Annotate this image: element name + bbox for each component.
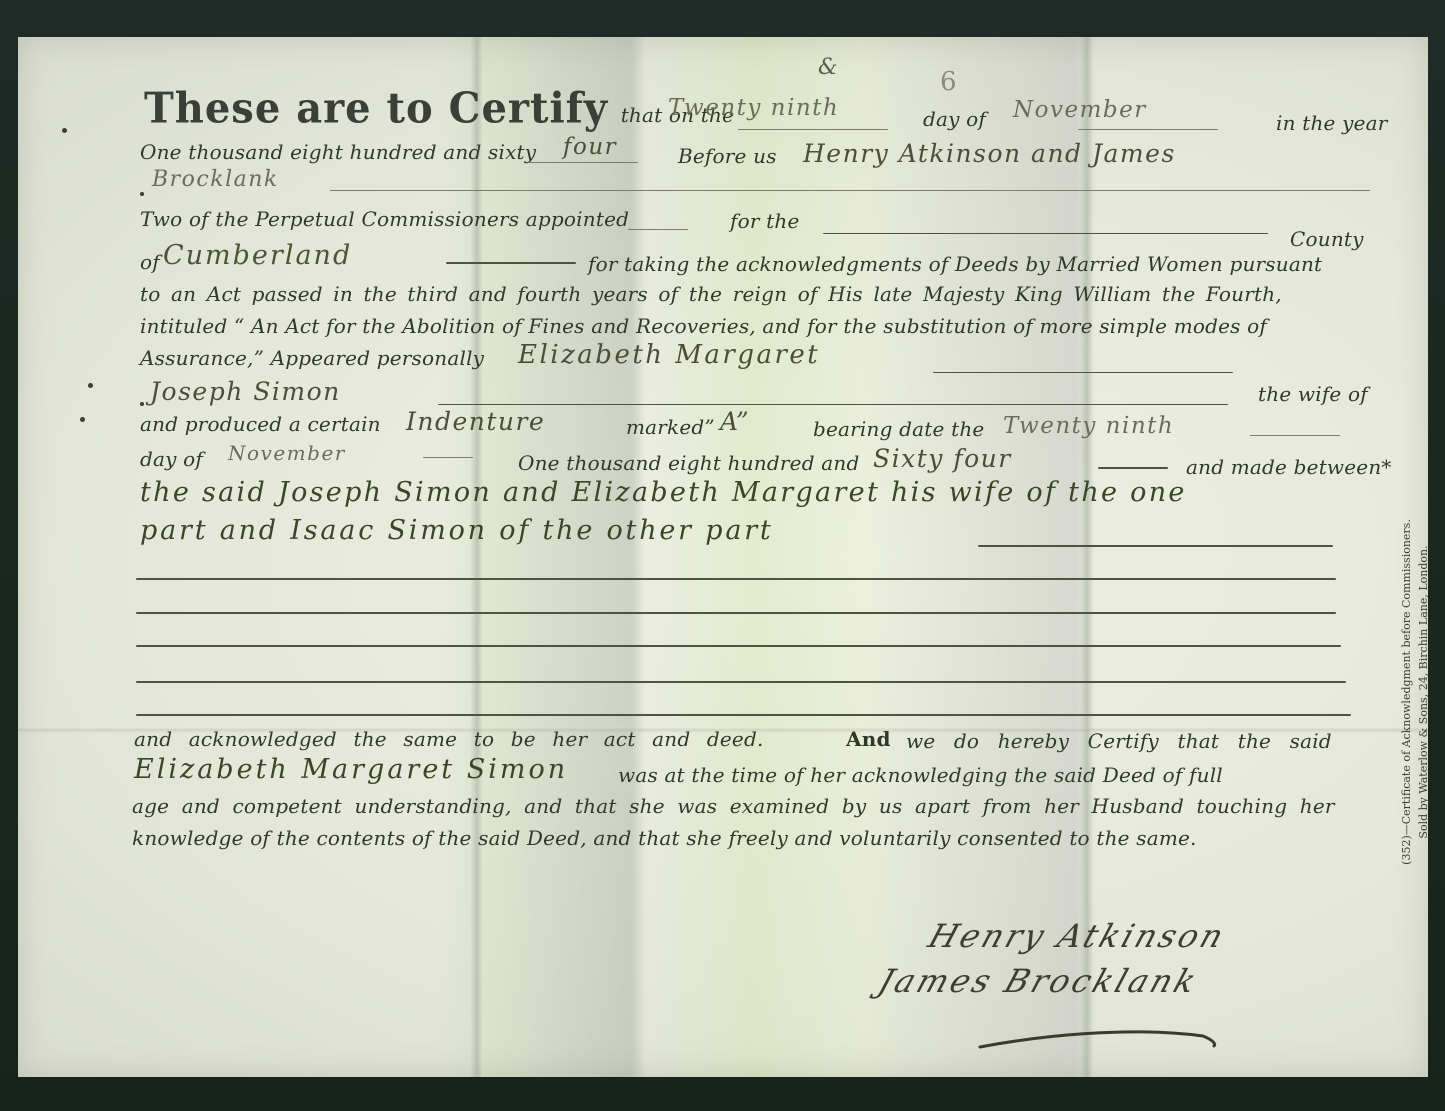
handwritten-county: Cumberland (163, 240, 352, 271)
line-16-printed: age and competent understanding, and tha… (132, 794, 1335, 818)
handwritten-day: Twenty ninth (1003, 413, 1174, 439)
signature-flourish (978, 1022, 1218, 1052)
handwritten-husband: Joseph Simon (150, 377, 341, 406)
punch-dot (88, 383, 93, 388)
handwritten-mark: A” (720, 407, 750, 436)
handwritten-year: Sixty four (873, 444, 1012, 473)
printed-text: bearing date the (813, 417, 984, 441)
blank-rule (136, 645, 1341, 647)
line-17-printed: knowledge of the contents of the said De… (132, 826, 1197, 850)
blank-rule (136, 714, 1351, 716)
printed-text: for the (730, 209, 800, 233)
blank-rule (528, 162, 638, 163)
line-10-printed: and produced a certain (140, 412, 381, 436)
blank-rule (1250, 435, 1340, 436)
handwritten-day: Twenty ninth (668, 95, 839, 121)
blank-rule (933, 372, 1233, 373)
handwritten-surname: Brocklank (152, 167, 279, 192)
printed-text: we do hereby Certify that the said (906, 729, 1332, 753)
line-8-printed: Assurance,” Appeared personally (140, 346, 484, 370)
handwritten-wife-name: Elizabeth Margaret (518, 340, 820, 370)
line-1: These are to Certify that on the (144, 85, 734, 132)
signature-james-brocklank: James Brocklank (874, 962, 1204, 1000)
printed-text: was at the time of her acknowledging the… (618, 763, 1223, 787)
line-14-printed: and acknowledged the same to be her act … (134, 727, 764, 751)
blank-rule (628, 229, 688, 230)
handwritten-month: November (1013, 97, 1147, 123)
blank-rule (823, 233, 1268, 234)
pencil-mark: 6 (940, 67, 957, 97)
signature-henry-atkinson: Henry Atkinson (924, 917, 1231, 955)
gothic-and: And (846, 727, 891, 751)
blank-rule (738, 129, 888, 130)
handwritten-parties-line-1: the said Joseph Simon and Elizabeth Marg… (140, 477, 1187, 508)
blank-rule (446, 262, 576, 264)
printed-text: Before us (678, 144, 777, 168)
printed-text: in the year (1276, 111, 1388, 135)
printed-text: and made between* (1186, 455, 1392, 479)
printer-imprint: (352)—Certificate of Acknowledgment befo… (1398, 482, 1445, 902)
printed-text: for taking the acknowledgments of Deeds … (588, 252, 1322, 276)
blank-rule (423, 457, 473, 458)
handwritten-commissioners: Henry Atkinson and James (803, 139, 1176, 168)
printed-text: One thousand eight hundred and (518, 451, 859, 475)
line-7-printed: intituled “ An Act for the Abolition of … (140, 314, 1267, 338)
printed-text: of (140, 250, 160, 274)
handwritten-parties-line-2: part and Isaac Simon of the other part (140, 515, 774, 546)
form-number: (352)—Certificate of Acknowledgment befo… (1398, 482, 1415, 902)
punch-dot (62, 128, 67, 133)
leader-dot (140, 192, 144, 196)
line-6-printed: to an Act passed in the third and fourth… (140, 282, 1282, 306)
blank-rule (1078, 129, 1218, 130)
printer-name: Sold by Waterlow & Sons, 24, Birchin Lan… (1415, 482, 1432, 902)
handwritten-year: four (563, 134, 617, 160)
printed-text: marked” (626, 415, 715, 439)
blank-rule (136, 681, 1346, 683)
blank-rule (978, 545, 1333, 547)
handwritten-full-name: Elizabeth Margaret Simon (134, 754, 568, 785)
printed-text: day of (923, 107, 986, 131)
blank-rule (438, 404, 1228, 405)
printed-text: day of (140, 447, 203, 471)
printed-text: the wife of (1258, 382, 1368, 406)
handwritten-document-type: Indenture (406, 407, 545, 436)
blank-rule (330, 190, 1370, 191)
printed-county: County (1290, 227, 1364, 251)
leader-dot (140, 402, 144, 406)
blank-rule (1098, 467, 1168, 469)
punch-dot (80, 417, 85, 422)
line-2-printed: One thousand eight hundred and sixty (140, 140, 536, 164)
fold-crease-left (470, 37, 484, 1077)
line-4-printed: Two of the Perpetual Commissioners appoi… (140, 207, 629, 231)
certificate-heading: These are to Certify (144, 84, 608, 133)
blank-rule (136, 612, 1336, 614)
certificate-paper: & 6 These are to Certify that on the Twe… (18, 37, 1428, 1077)
ink-mark: & (818, 55, 838, 80)
handwritten-month: November (228, 441, 346, 465)
blank-rule (136, 578, 1336, 580)
